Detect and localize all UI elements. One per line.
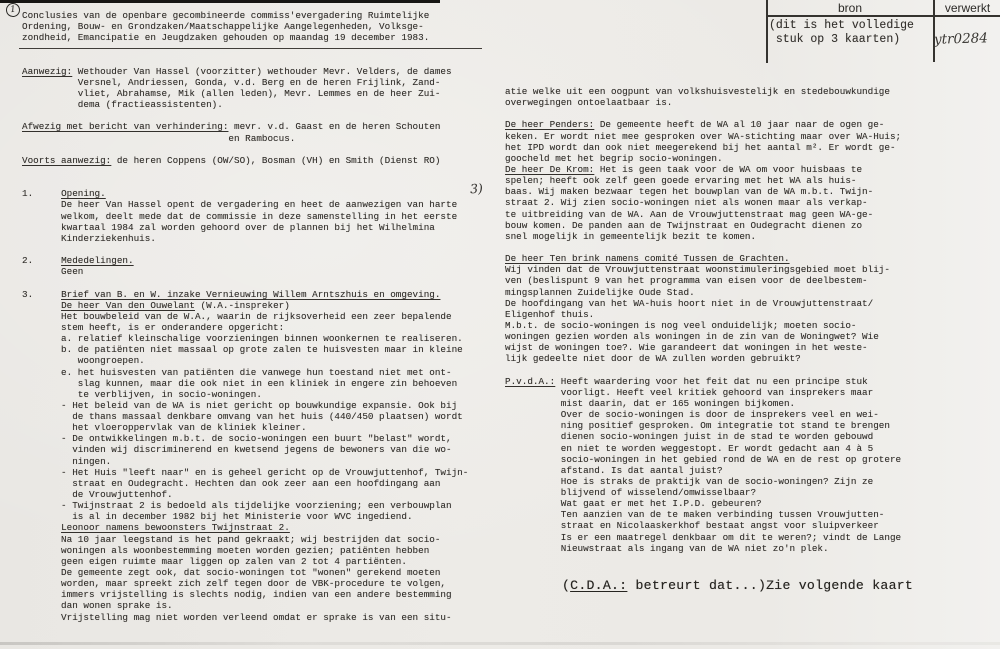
text-line: te verblijven, in socio-woningen. xyxy=(22,389,492,400)
text-line: en Rambocus. xyxy=(22,133,492,144)
text-line: welkom, deelt mede dat de commissie in d… xyxy=(22,211,492,222)
verwerkt-handwritten-code: ytr0284 xyxy=(934,30,988,47)
bron-column-label: bron xyxy=(767,1,933,15)
text-line: snel mogelijk in gemeentelijk bezit te k… xyxy=(505,231,935,242)
text-line: (C.D.A.: betreurt dat...)Zie volgende ka… xyxy=(562,576,913,596)
text-line: P.v.d.A.: Heeft waardering voor het feit… xyxy=(505,376,935,387)
text-line xyxy=(22,166,492,177)
typed-rule xyxy=(22,43,492,54)
text-line: woongroepen. xyxy=(22,355,492,366)
right-text-column: atie welke uit een oogpunt van volkshuis… xyxy=(505,86,935,554)
text-line: Leonoor namens bewoonsters Twijnstraat 2… xyxy=(22,522,492,533)
text-line: zondheid, Emancipatie en Jeugdzaken geho… xyxy=(22,32,492,43)
text-line: - Twijnstraat 2 is bedoeld als tijdelijk… xyxy=(22,500,492,511)
circled-number-annotation: 1 xyxy=(5,2,20,17)
text-line: ven (beslispunt 9 van het programma van … xyxy=(505,275,935,286)
text-line xyxy=(505,365,935,376)
text-line: straat 2. Wij zien socio-woningen niet a… xyxy=(505,197,935,208)
text-line: straat en Nicolaaskerkhof bestaat angst … xyxy=(505,520,935,531)
text-line: Voorts aanwezig: de heren Coppens (OW/SO… xyxy=(22,155,492,166)
text-line xyxy=(22,55,492,66)
text-line xyxy=(505,108,935,119)
text-line: De gemeente zegt ook, dat socio-woningen… xyxy=(22,567,492,578)
text-line: e. het huisvesten van patiënten die vanw… xyxy=(22,367,492,378)
text-line: atie welke uit een oogpunt van volkshuis… xyxy=(505,86,935,97)
text-line: mingsplannen Zuidelijke Oude Stad. xyxy=(505,287,935,298)
text-line: de thans massaal denkbare omvang van het… xyxy=(22,411,492,422)
text-line: baas. Wij maken bezwaar tegen het bouwpl… xyxy=(505,186,935,197)
text-line: Het bouwbeleid van de W.A., waarin de ri… xyxy=(22,311,492,322)
text-line: ning positief gesproken. Om integratie t… xyxy=(505,420,935,431)
text-line: vinden wij discriminerend en kwetsend je… xyxy=(22,444,492,455)
bron-note-line2: stuk op 3 kaarten) xyxy=(769,33,900,46)
text-line: - Het beleid van de WA is niet gericht o… xyxy=(22,400,492,411)
text-line: de Vrouwjuttenhof. xyxy=(22,489,492,500)
text-line: het IPD wordt dan ook niet meegerekend b… xyxy=(505,142,935,153)
text-line: Geen xyxy=(22,266,492,277)
text-line: Ten aanzien van de te maken verbinding t… xyxy=(505,509,935,520)
text-line: vliet, Abrahamse, Mik (allen leden), Mev… xyxy=(22,88,492,99)
text-line: ningen. xyxy=(22,456,492,467)
text-line: 3. Brief van B. en W. inzake Vernieuwing… xyxy=(22,289,492,300)
text-line: blijvend of wisselend/omwisselbaar? xyxy=(505,487,935,498)
text-line: goocheld met het begrip socio-woningen. xyxy=(505,153,935,164)
bron-note-line1: (dit is het volledige xyxy=(769,19,914,32)
text-line: b. de patiënten niet massaal op grote za… xyxy=(22,344,492,355)
text-line xyxy=(505,242,935,253)
text-line xyxy=(22,177,492,188)
text-line: M.b.t. de socio-woningen is nog veel ond… xyxy=(505,320,935,331)
text-line: Hoe is straks de praktijk van de socio-w… xyxy=(505,476,935,487)
text-line: afstand. Is dat aantal juist? xyxy=(505,465,935,476)
text-line: Over de socio-woningen is door de inspre… xyxy=(505,409,935,420)
text-line: is al in december 1982 bij het Ministeri… xyxy=(22,511,492,522)
text-line: slag kunnen, maar die ook niet in een kl… xyxy=(22,378,492,389)
text-line: - Het Huis "leeft naar" en is geheel ger… xyxy=(22,467,492,478)
scan-edge-artifact-top xyxy=(0,0,440,3)
text-line xyxy=(22,144,492,155)
text-line: Is er een maatregel denkbaar om dit te w… xyxy=(505,532,935,543)
text-line: mist daarin, dat er 165 woningen bijkome… xyxy=(505,398,935,409)
text-line: stem heeft, is er onderandere opgericht: xyxy=(22,322,492,333)
text-line: geen eigen ruimte maar liggen op zalen v… xyxy=(22,556,492,567)
text-line: kwartaal 1984 zal worden gehoord over de… xyxy=(22,222,492,233)
text-line: te uitbreiding van de WA. Aan de Vrouwju… xyxy=(505,209,935,220)
text-line: De hoofdingang van het WA-huis hoort nie… xyxy=(505,298,935,309)
text-line: spelen; heeft ook zelf geen goede ervari… xyxy=(505,175,935,186)
text-line: Ordening, Bouw- en Grondzaken/Maatschapp… xyxy=(22,21,492,32)
text-line xyxy=(22,277,492,288)
text-line: a. relatief kleinschalige voorzieningen … xyxy=(22,333,492,344)
text-line: keken. Er wordt niet mee gesproken over … xyxy=(505,131,935,142)
text-line: dan wonen sprake is. xyxy=(22,600,492,611)
text-line: en niet te worden weggestopt. Er wordt g… xyxy=(505,443,935,454)
text-line: Afwezig met bericht van verhindering: me… xyxy=(22,121,492,132)
text-line: lijk gedeelte niet door de WA zullen wor… xyxy=(505,353,935,364)
text-line xyxy=(22,244,492,255)
text-line: Wij vinden dat de Vrouwjuttenstraat woon… xyxy=(505,264,935,275)
text-line xyxy=(22,110,492,121)
text-line: woningen gezien worden als woningen in d… xyxy=(505,331,935,342)
text-line: wijst de woningen toe?. Wie garandeert d… xyxy=(505,342,935,353)
text-line: woningen als woonbestemming moeten worde… xyxy=(22,545,492,556)
text-line: worden, maar spreekt zich zelf tegen doo… xyxy=(22,578,492,589)
text-line: straat en Oudegracht. Hechten dan ook ze… xyxy=(22,478,492,489)
text-line: bouw komen. De panden aan de Twijnstraat… xyxy=(505,220,935,231)
text-line: De heer De Krom: Het is geen taak voor d… xyxy=(505,164,935,175)
scan-edge-artifact-bottom xyxy=(0,642,1000,645)
text-line: 2. Mededelingen. xyxy=(22,255,492,266)
text-line: het vloeroppervlak van de kliniek kleine… xyxy=(22,422,492,433)
verwerkt-column-label: verwerkt xyxy=(935,1,1000,15)
text-line: dema (fractieassistenten). xyxy=(22,99,492,110)
horizontal-rule xyxy=(19,48,482,49)
scanned-document-page: bron verwerkt (dit is het volledige stuk… xyxy=(0,0,1000,649)
text-line: voorligt. Heeft veel kritiek gehoord van… xyxy=(505,387,935,398)
text-line: De heer Penders: De gemeente heeft de WA… xyxy=(505,119,935,130)
text-line: Conclusies van de openbare gecombineerde… xyxy=(22,10,492,21)
text-line: Versnel, Andriessen, Gonda, v.d. Berg en… xyxy=(22,77,492,88)
text-line: - De ontwikkelingen m.b.t. de socio-woni… xyxy=(22,433,492,444)
text-line: overwegingen ontoelaatbaar is. xyxy=(505,97,935,108)
text-line: Vrijstelling mag niet worden verleend om… xyxy=(22,612,492,623)
text-line: Kinderziekenhuis. xyxy=(22,233,492,244)
text-line: Nieuwstraat als ingang van de WA niet zo… xyxy=(505,543,935,554)
text-line: De heer Ten brink namens comité Tussen d… xyxy=(505,253,935,264)
text-line: 1. Opening. xyxy=(22,188,492,199)
form-divider-horizontal xyxy=(766,15,1000,17)
left-text-column: Conclusies van de openbare gecombineerde… xyxy=(22,10,492,623)
cda-footnote: (C.D.A.: betreurt dat...)Zie volgende ka… xyxy=(562,576,913,596)
text-line: socio-woningen in het gebied rond de WA … xyxy=(505,454,935,465)
text-line: dienen socio-woningen juist in de stad t… xyxy=(505,431,935,442)
text-line: immers vrijstelling is slechts nodig, in… xyxy=(22,589,492,600)
bron-typed-note: (dit is het volledige stuk op 3 kaarten) xyxy=(769,19,914,46)
text-line: Na 10 jaar leegstand is het pand gekraak… xyxy=(22,534,492,545)
text-line: Wat gaat er met het I.P.D. gebeuren? xyxy=(505,498,935,509)
text-line: De heer Van Hassel opent de vergadering … xyxy=(22,199,492,210)
text-line: Aanwezig: Wethouder Van Hassel (voorzitt… xyxy=(22,66,492,77)
text-line: De heer Van den Ouwelant (W.A.-inspreker… xyxy=(22,300,492,311)
text-line: Eligenhof thuis. xyxy=(505,309,935,320)
